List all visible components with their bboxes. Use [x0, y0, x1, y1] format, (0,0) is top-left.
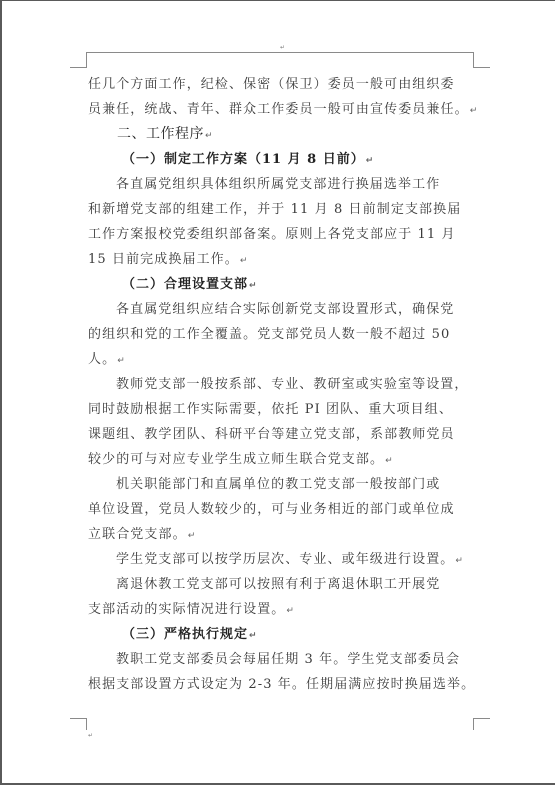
text-line: 的组织和党的工作全覆盖。党支部党员人数一般不超过 50: [88, 322, 488, 347]
line-text: 人。: [88, 352, 116, 367]
header-paragraph-mark: ↵: [280, 45, 285, 51]
line-text: 员兼任，统战、青年、群众工作委员一般可由宣传委员兼任。: [88, 102, 469, 117]
text-line: 工作方案报校党委组织部备案。原则上各党支部应于 11 月: [88, 222, 488, 247]
crop-mark-bottom-right-h: [473, 718, 490, 719]
line-text: 和新增党支部的组建工作，并于 11 月 8 日前制定支部换届: [88, 202, 461, 217]
text-line: 任几个方面工作，纪检、保密（保卫）委员一般可由组织委: [88, 72, 488, 97]
text-line: 学生党支部可以按学历层次、专业、或年级进行设置。↵: [88, 547, 488, 572]
paragraph-mark-icon: ↵: [249, 281, 257, 291]
paragraph-mark-icon: ↵: [240, 256, 248, 266]
text-line: 教职工党支部委员会每届任期 3 年。学生党支部委员会: [88, 647, 488, 672]
document-body[interactable]: 任几个方面工作，纪检、保密（保卫）委员一般可由组织委员兼任，统战、青年、群众工作…: [88, 72, 488, 697]
text-line: 课题组、教学团队、科研平台等建立党支部，系部教师党员: [88, 422, 488, 447]
line-text: 课题组、教学团队、科研平台等建立党支部，系部教师党员: [88, 427, 455, 442]
line-text: 15 日前完成换届工作。: [88, 252, 239, 267]
header-border-line: [86, 52, 474, 53]
text-line: 机关职能部门和直属单位的教工党支部一般按部门或: [88, 472, 488, 497]
line-text: 教师党支部一般按系部、专业、教研室或实验室等设置，: [116, 377, 469, 392]
text-line: 员兼任，统战、青年、群众工作委员一般可由宣传委员兼任。↵: [88, 97, 488, 122]
line-text: （二）合理设置支部: [122, 277, 248, 292]
paragraph-mark-icon: ↵: [366, 156, 374, 166]
text-line: 各直属党组织应结合实际创新党支部设置形式，确保党: [88, 297, 488, 322]
document-window: ↵ ↵ 任几个方面工作，纪检、保密（保卫）委员一般可由组织委员兼任，统战、青年、…: [0, 0, 555, 785]
line-text: 离退休教工党支部可以按照有利于离退休职工开展党: [116, 577, 440, 592]
text-line: 教师党支部一般按系部、专业、教研室或实验室等设置，: [88, 372, 488, 397]
paragraph-mark-icon: ↵: [188, 531, 196, 541]
section-heading: 二、工作程序↵: [88, 122, 488, 147]
subsection-heading: （一）制定工作方案（11 月 8 日前）↵: [88, 147, 488, 172]
text-line: 15 日前完成换届工作。↵: [88, 247, 488, 272]
subsection-heading: （二）合理设置支部↵: [88, 272, 488, 297]
line-text: 任几个方面工作，纪检、保密（保卫）委员一般可由组织委: [88, 77, 455, 92]
line-text: 根据支部设置方式设定为 2-3 年。任期届满应按时换届选举。: [88, 677, 475, 692]
line-text: 的组织和党的工作全覆盖。党支部党员人数一般不超过 50: [88, 327, 450, 342]
text-line: 根据支部设置方式设定为 2-3 年。任期届满应按时换届选举。: [88, 672, 488, 697]
paragraph-mark-icon: ↵: [455, 556, 463, 566]
line-text: 学生党支部可以按学历层次、专业、或年级进行设置。: [116, 552, 454, 567]
line-text: （三）严格执行规定: [122, 627, 248, 642]
text-line: 单位设置，党员人数较少的，可与业务相近的部门或单位成: [88, 497, 488, 522]
paragraph-mark-icon: ↵: [249, 631, 257, 641]
crop-mark-top-left-v: [86, 52, 87, 68]
text-line: 离退休教工党支部可以按照有利于离退休职工开展党: [88, 572, 488, 597]
text-line: 支部活动的实际情况进行设置。↵: [88, 597, 488, 622]
line-text: 机关职能部门和直属单位的教工党支部一般按部门或: [116, 477, 440, 492]
line-text: （一）制定工作方案（11 月 8 日前）: [122, 152, 365, 167]
line-text: 较少的可与对应专业学生成立师生联合党支部。: [88, 452, 384, 467]
crop-mark-bottom-left-h: [70, 718, 87, 719]
text-line: 同时鼓励根据工作实际需要，依托 PI 团队、重大项目组、: [88, 397, 488, 422]
line-text: 各直属党组织应结合实际创新党支部设置形式，确保党: [116, 302, 454, 317]
text-line: 和新增党支部的组建工作，并于 11 月 8 日前制定支部换届: [88, 197, 488, 222]
text-line: 人。↵: [88, 347, 488, 372]
crop-mark-top-left-h: [70, 67, 87, 68]
paragraph-mark-icon: ↵: [117, 356, 125, 366]
crop-mark-bottom-left-v: [86, 718, 87, 730]
paragraph-mark-icon: ↵: [286, 606, 294, 616]
crop-mark-bottom-right-v: [473, 718, 474, 730]
line-text: 单位设置，党员人数较少的，可与业务相近的部门或单位成: [88, 502, 455, 517]
line-text: 教职工党支部委员会每届任期 3 年。学生党支部委员会: [116, 652, 460, 667]
line-text: 支部活动的实际情况进行设置。: [88, 602, 285, 617]
text-line: 立联合党支部。↵: [88, 522, 488, 547]
line-text: 工作方案报校党委组织部备案。原则上各党支部应于 11 月: [88, 227, 456, 242]
subsection-heading: （三）严格执行规定↵: [88, 622, 488, 647]
document-page[interactable]: ↵ ↵ 任几个方面工作，纪检、保密（保卫）委员一般可由组织委员兼任，统战、青年、…: [2, 1, 555, 785]
line-text: 二、工作程序: [117, 126, 204, 142]
footer-paragraph-mark: ↵: [88, 733, 93, 739]
line-text: 各直属党组织具体组织所属党支部进行换届选举工作: [116, 177, 440, 192]
paragraph-mark-icon: ↵: [470, 106, 478, 116]
crop-mark-top-right-h: [473, 67, 490, 68]
crop-mark-top-right-v: [473, 52, 474, 68]
line-text: 立联合党支部。: [88, 527, 187, 542]
text-line: 较少的可与对应专业学生成立师生联合党支部。↵: [88, 447, 488, 472]
paragraph-mark-icon: ↵: [385, 456, 393, 466]
paragraph-mark-icon: ↵: [205, 131, 213, 141]
text-line: 各直属党组织具体组织所属党支部进行换届选举工作: [88, 172, 488, 197]
line-text: 同时鼓励根据工作实际需要，依托 PI 团队、重大项目组、: [88, 402, 453, 417]
